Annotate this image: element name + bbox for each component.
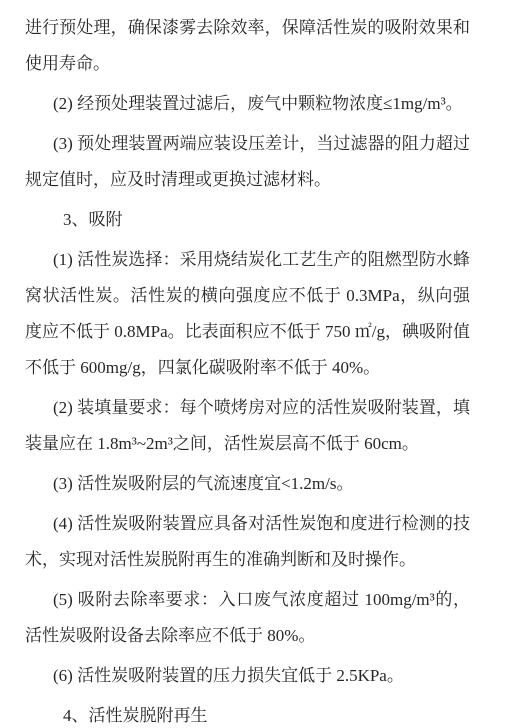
paragraph-item-3-airflow-speed: (3) 活性炭吸附层的气流速度宜<1.2m/s。 <box>25 466 470 502</box>
paragraph-item-4-saturation-detection: (4) 活性炭吸附装置应具备对活性炭饱和度进行检测的技术，实现对活性炭脱附再生的… <box>25 506 470 578</box>
paragraph-continuation: 进行预处理，确保漆雾去除效率，保障活性炭的吸附效果和使用寿命。 <box>25 10 470 82</box>
paragraph-item-1-carbon-selection: (1) 活性炭选择：采用烧结炭化工艺生产的阻燃型防水蜂窝状活性炭。活性炭的横向强… <box>25 242 470 386</box>
paragraph-item-2-pretreatment: (2) 经预处理装置过滤后，废气中颗粒物浓度≤1mg/m³。 <box>25 86 470 122</box>
section-heading-adsorption: 3、吸附 <box>25 202 470 238</box>
paragraph-item-3-pressure-gauge: (3) 预处理装置两端应装设压差计，当过滤器的阻力超过规定值时，应及时清理或更换… <box>25 126 470 198</box>
section-heading-desorption-regeneration: 4、活性炭脱附再生 <box>25 698 470 728</box>
paragraph-item-6-pressure-loss: (6) 活性炭吸附装置的压力损失宜低于 2.5KPa。 <box>25 658 470 694</box>
paragraph-item-5-removal-rate: (5) 吸附去除率要求：入口废气浓度超过 100mg/m³的，活性炭吸附设备去除… <box>25 582 470 654</box>
document-page: 进行预处理，确保漆雾去除效率，保障活性炭的吸附效果和使用寿命。 (2) 经预处理… <box>0 0 505 728</box>
document-body: { "page": { "background": "#ffffff", "te… <box>0 0 505 728</box>
paragraph-item-2-filling-requirement: (2) 装填量要求：每个喷烤房对应的活性炭吸附装置，填装量应在 1.8m³~2m… <box>25 390 470 462</box>
